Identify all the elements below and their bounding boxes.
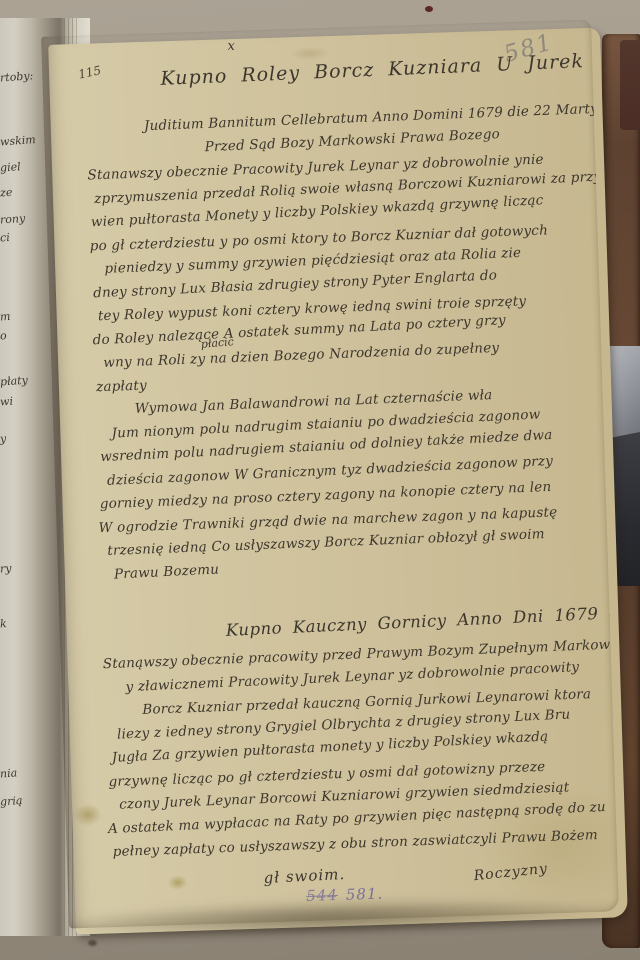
paper-stain <box>290 46 330 61</box>
table-debris-speck <box>425 6 433 12</box>
facing-page-text-fragment: wi <box>0 392 44 408</box>
facing-page-text-fragment: nia <box>0 764 44 780</box>
facing-page-text-fragment: ci <box>0 228 44 244</box>
correction-mark: x <box>227 39 235 54</box>
crossed-out-folio-number: 544 <box>306 886 338 905</box>
facing-page-text-fragment: k <box>0 614 44 630</box>
book-cover-corner <box>620 40 640 130</box>
facing-page-text-fragment: m <box>0 307 44 323</box>
entry2-text-block: Stanąwszy obecznie pracowity przed Prawy… <box>103 637 619 865</box>
entry2-title: Kupno Kauczny Gornicy Anno Dni 1679 die … <box>225 598 618 640</box>
facing-page-text-fragment: wskim <box>0 132 44 148</box>
paper-stain <box>73 803 102 826</box>
facing-page-text-fragment: ze <box>0 183 44 199</box>
manuscript-page: 581 115 x Kupno Roley Borcz Kuzniara U J… <box>41 20 619 929</box>
facing-page-text-fragment: płaty <box>0 372 44 388</box>
facing-page-text-fragment: rony <box>0 210 44 226</box>
current-folio-number: 581. <box>346 885 384 904</box>
entry-number-ink: 115 <box>77 63 102 81</box>
facing-page-text-fragment: giel <box>0 158 44 174</box>
entry1-text-block: Juditium Bannitum Cellebratum Anno Domin… <box>86 101 615 587</box>
interlinear-note: płacic <box>200 335 234 351</box>
table-debris-speck <box>88 940 97 946</box>
facing-page-text-fragment: y <box>0 429 44 445</box>
archival-foliation-stamp: 544581. <box>306 885 384 905</box>
facing-page-text-fragment: rtoby: <box>0 68 44 84</box>
facing-page-text-fragment: ry <box>0 559 44 575</box>
paper-stain <box>168 875 188 891</box>
entry2-closing-formula: gł swoim. <box>263 865 345 887</box>
facing-page-text-fragment: grią <box>0 792 44 808</box>
facing-page-text-fragment: o <box>0 326 44 342</box>
